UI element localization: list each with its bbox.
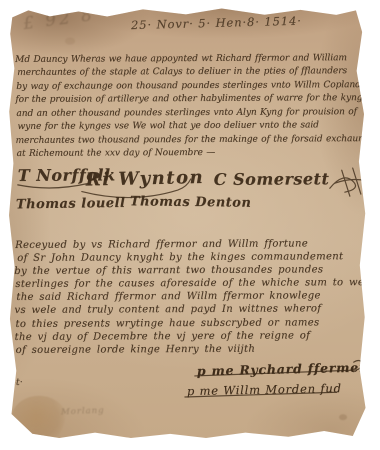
faint-scribble: £ 92 8: [22, 5, 96, 34]
warrant-line: merchauntes two thousand poundes for the…: [16, 134, 375, 146]
receipt-line: the said Richard ffermor and Willm fferm…: [16, 290, 320, 303]
signature-lovell: Thomas louell: [16, 196, 126, 213]
manuscript-paper: £ 92 8 25· Novr· 5· Hen·8· 1514· Md Daun…: [7, 6, 367, 440]
pencil-note: Morlang: [61, 406, 105, 418]
receipt-line: by the vertue of this warrant two thousa…: [14, 264, 323, 277]
foxing-spot: [308, 256, 314, 261]
warrant-line: merchauntes of the staple at Calays to d…: [17, 66, 347, 78]
signature-somerset: C Somersett: [214, 169, 330, 189]
signature-denton: Thomas Denton: [130, 194, 252, 210]
warrant-line: wyne for the kynges vse We wol that ye d…: [17, 120, 318, 132]
receipt-line: of souereigne lorde kinge Henry the viij…: [16, 344, 256, 356]
receipt-line: to thies presents wrytinge haue subscryb…: [15, 317, 319, 330]
photo-backdrop: { "colors": { "background": "#ffffff", "…: [0, 0, 380, 450]
warrant-line: by way of exchaunge oon thousand poundes…: [16, 80, 361, 92]
signature-william-merchant: p me Willm Morden fud: [187, 381, 342, 398]
receipt-line: vs wele and truly content and payd In wi…: [14, 303, 321, 316]
warrant-line: for the prouision of artillerye and othe…: [15, 93, 380, 105]
warrant-line: Md Dauncy Wheras we haue appoynted wt Ri…: [15, 53, 347, 65]
signature-winchester: Ri Wynton: [86, 167, 205, 191]
signature-richard-fermor: p me Rychard ffermer: [197, 360, 367, 379]
warrant-line: and an other thousand poundes sterlinges…: [16, 107, 356, 119]
margin-mark: 4t·: [10, 377, 23, 388]
foxing-spot: [339, 414, 347, 420]
receipt-line: sterlinges for the causes aforesaide of …: [15, 277, 364, 290]
foxing-spot: [65, 38, 75, 45]
receipt-line: of Sr John Dauncy knyght by the kinges c…: [17, 251, 343, 264]
receipt-line: Receyued by vs Richard ffermor and Willm…: [15, 238, 308, 251]
seal-stain: [11, 396, 67, 443]
date-annotation: 25· Novr· 5· Hen·8· 1514·: [131, 14, 302, 32]
warrant-line: at Richemount the xxv day of Nouembre —: [17, 148, 216, 159]
receipt-line: the vj day of Decembre the vj yere of th…: [15, 330, 311, 343]
